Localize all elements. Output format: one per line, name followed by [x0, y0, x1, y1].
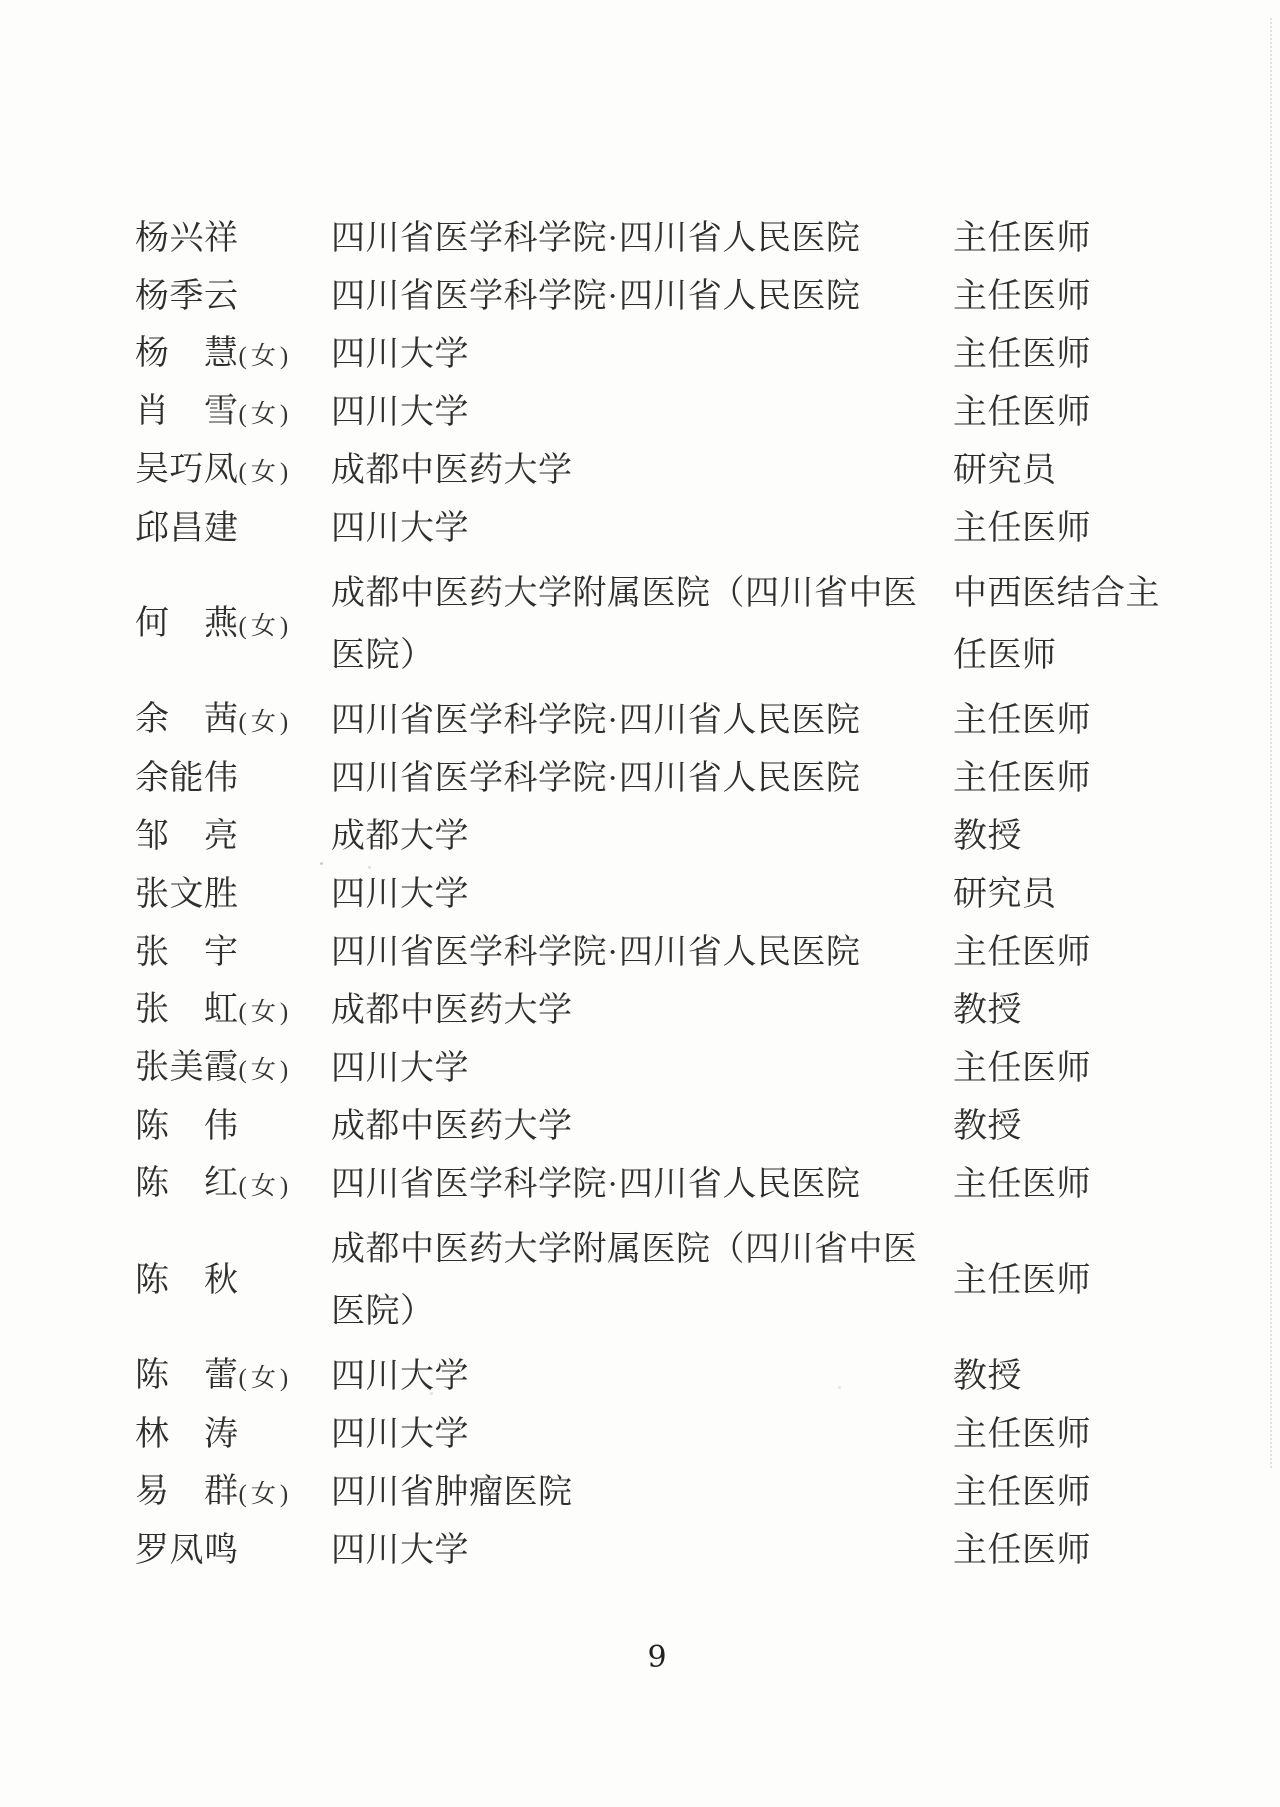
person-name: 杨 慧(女)	[135, 323, 331, 388]
person-title-text: 主任医师	[953, 394, 1091, 431]
person-institution: 四川大学	[331, 1520, 921, 1582]
person-name-text: 陈 伟	[135, 1108, 239, 1145]
scan-artifact-line	[1270, 18, 1272, 1468]
person-title-text: 主任医师	[953, 336, 1091, 373]
person-name: 易 群(女)	[135, 1461, 331, 1526]
female-marker: (女)	[239, 401, 293, 428]
person-name-text: 林 涛	[135, 1416, 239, 1453]
document-page: 杨兴祥 四川省医学科学院·四川省人民医院 主任医师 杨季云 四川省医学科学院·四…	[0, 0, 1280, 1807]
person-institution: 成都中医药大学	[331, 980, 921, 1042]
person-institution-text: 四川省医学科学院·四川省人民医院	[331, 702, 860, 739]
person-name-text: 杨兴祥	[135, 220, 239, 257]
person-title: 主任医师	[953, 1250, 1168, 1312]
person-institution: 四川省医学科学院·四川省人民医院	[331, 266, 921, 328]
person-name: 吴巧凤(女)	[135, 439, 331, 504]
person-title: 主任医师	[953, 498, 1168, 560]
person-name-text: 张 虹	[135, 991, 239, 1028]
person-institution: 四川省医学科学院·四川省人民医院	[331, 748, 921, 810]
person-title: 中西医结合主任医师	[953, 563, 1168, 687]
person-title: 教授	[953, 1346, 1168, 1408]
person-title-text: 研究员	[953, 452, 1057, 489]
person-title-text: 研究员	[953, 876, 1057, 913]
person-title-text: 主任医师	[953, 1474, 1091, 1511]
female-marker: (女)	[239, 459, 293, 486]
page-footer: 9	[0, 1640, 1280, 1675]
person-institution-text: 四川大学	[331, 336, 469, 373]
person-name-text: 张 宇	[135, 934, 239, 971]
person-institution-text: 四川大学	[331, 1416, 469, 1453]
person-title-text: 主任医师	[953, 278, 1091, 315]
person-name-text: 邱昌建	[135, 510, 239, 547]
person-name: 余能伟	[135, 748, 331, 810]
person-name-text: 邹 亮	[135, 818, 239, 855]
person-title: 研究员	[953, 440, 1168, 502]
person-name-text: 杨 慧	[135, 335, 239, 372]
person-title: 主任医师	[953, 1404, 1168, 1466]
person-institution-text: 四川省医学科学院·四川省人民医院	[331, 220, 860, 257]
person-institution-text: 成都中医药大学	[331, 1108, 573, 1145]
person-institution: 四川省医学科学院·四川省人民医院	[331, 690, 921, 752]
person-title-text: 教授	[953, 992, 1022, 1029]
person-title: 主任医师	[953, 324, 1168, 386]
person-title-text: 主任医师	[953, 1416, 1091, 1453]
person-institution: 四川省肿瘤医院	[331, 1462, 921, 1524]
person-title: 主任医师	[953, 690, 1168, 752]
person-institution-text: 四川大学	[331, 1358, 469, 1395]
person-name: 张 虹(女)	[135, 979, 331, 1044]
person-title-text: 主任医师	[953, 510, 1091, 547]
person-name-text: 余能伟	[135, 760, 239, 797]
person-name: 陈 红(女)	[135, 1153, 331, 1218]
person-institution: 四川大学	[331, 324, 921, 386]
person-title-text: 主任医师	[953, 702, 1091, 739]
female-marker: (女)	[239, 1365, 293, 1392]
person-institution-text: 四川大学	[331, 1050, 469, 1087]
person-title-text: 教授	[953, 1108, 1022, 1145]
person-title-text: 主任医师	[953, 1262, 1091, 1299]
table-row: 余能伟 四川省医学科学院·四川省人民医院 主任医师	[135, 750, 1215, 808]
person-institution: 成都中医药大学附属医院（四川省中医医院）	[331, 1219, 921, 1343]
person-institution: 成都中医药大学	[331, 1096, 921, 1158]
person-name: 何 燕(女)	[135, 593, 331, 658]
person-name: 陈 蕾(女)	[135, 1345, 331, 1410]
person-title-text: 教授	[953, 1358, 1022, 1395]
table-row: 陈 秋 成都中医药大学附属医院（四川省中医医院） 主任医师	[135, 1214, 1215, 1348]
page-number: 9	[647, 1640, 666, 1675]
person-name: 肖 雪(女)	[135, 381, 331, 446]
person-title: 教授	[953, 1096, 1168, 1158]
person-institution-text: 四川省医学科学院·四川省人民医院	[331, 278, 860, 315]
person-title-text: 主任医师	[953, 1532, 1091, 1569]
table-row: 陈 蕾(女) 四川大学 教授	[135, 1348, 1215, 1406]
person-institution-text: 成都中医药大学附属医院（四川省中医医院）	[331, 1231, 918, 1330]
person-institution: 四川省医学科学院·四川省人民医院	[331, 1154, 921, 1216]
person-institution-text: 四川大学	[331, 510, 469, 547]
person-institution: 四川大学	[331, 1404, 921, 1466]
female-marker: (女)	[239, 1481, 293, 1508]
female-marker: (女)	[239, 1173, 293, 1200]
person-title-text: 中西医结合主任医师	[953, 575, 1160, 674]
table-row: 余 茜(女) 四川省医学科学院·四川省人民医院 主任医师	[135, 692, 1215, 750]
table-row: 张 虹(女) 成都中医药大学 教授	[135, 982, 1215, 1040]
person-title: 研究员	[953, 864, 1168, 926]
person-institution: 四川大学	[331, 382, 921, 444]
table-row: 林 涛 四川大学 主任医师	[135, 1406, 1215, 1464]
person-institution-text: 四川省医学科学院·四川省人民医院	[331, 934, 860, 971]
person-title: 教授	[953, 980, 1168, 1042]
person-institution: 四川大学	[331, 1038, 921, 1100]
table-row: 张文胜 四川大学 研究员	[135, 866, 1215, 924]
person-name-text: 何 燕	[135, 605, 239, 642]
person-name: 余 茜(女)	[135, 689, 331, 754]
person-institution-text: 四川省医学科学院·四川省人民医院	[331, 760, 860, 797]
person-title-text: 主任医师	[953, 760, 1091, 797]
person-title: 主任医师	[953, 208, 1168, 270]
table-row: 何 燕(女) 成都中医药大学附属医院（四川省中医医院） 中西医结合主任医师	[135, 558, 1215, 692]
person-institution-text: 四川大学	[331, 394, 469, 431]
person-title-text: 主任医师	[953, 1166, 1091, 1203]
person-name: 邱昌建	[135, 498, 331, 560]
person-institution-text: 四川省肿瘤医院	[331, 1474, 573, 1511]
person-name-text: 陈 红	[135, 1165, 239, 1202]
person-name: 陈 伟	[135, 1096, 331, 1158]
person-institution: 四川大学	[331, 498, 921, 560]
person-title: 主任医师	[953, 1154, 1168, 1216]
person-name: 张 宇	[135, 922, 331, 984]
person-title: 主任医师	[953, 266, 1168, 328]
female-marker: (女)	[239, 613, 293, 640]
female-marker: (女)	[239, 343, 293, 370]
person-name: 罗凤鸣	[135, 1520, 331, 1582]
person-institution: 成都中医药大学附属医院（四川省中医医院）	[331, 563, 921, 687]
person-title-text: 主任医师	[953, 1050, 1091, 1087]
person-name: 陈 秋	[135, 1250, 331, 1312]
person-institution-text: 四川大学	[331, 1532, 469, 1569]
table-row: 张 宇 四川省医学科学院·四川省人民医院 主任医师	[135, 924, 1215, 982]
table-row: 邹 亮 成都大学 教授	[135, 808, 1215, 866]
person-name-text: 易 群	[135, 1473, 239, 1510]
person-title: 主任医师	[953, 1520, 1168, 1582]
table-row: 陈 伟 成都中医药大学 教授	[135, 1098, 1215, 1156]
table-row: 杨季云 四川省医学科学院·四川省人民医院 主任医师	[135, 268, 1215, 326]
table-row: 张美霞(女) 四川大学 主任医师	[135, 1040, 1215, 1098]
person-institution: 成都中医药大学	[331, 440, 921, 502]
female-marker: (女)	[239, 999, 293, 1026]
person-name-text: 罗凤鸣	[135, 1532, 239, 1569]
person-institution: 四川省医学科学院·四川省人民医院	[331, 208, 921, 270]
table-row: 杨 慧(女) 四川大学 主任医师	[135, 326, 1215, 384]
person-name: 张美霞(女)	[135, 1037, 331, 1102]
person-institution: 四川省医学科学院·四川省人民医院	[331, 922, 921, 984]
person-name: 林 涛	[135, 1404, 331, 1466]
table-row: 陈 红(女) 四川省医学科学院·四川省人民医院 主任医师	[135, 1156, 1215, 1214]
person-name: 杨季云	[135, 266, 331, 328]
table-row: 罗凤鸣 四川大学 主任医师	[135, 1522, 1215, 1580]
person-title-text: 教授	[953, 818, 1022, 855]
person-institution-text: 成都中医药大学	[331, 992, 573, 1029]
person-name-text: 陈 秋	[135, 1262, 239, 1299]
person-name-text: 陈 蕾	[135, 1357, 239, 1394]
person-name: 邹 亮	[135, 806, 331, 868]
person-institution-text: 四川省医学科学院·四川省人民医院	[331, 1166, 860, 1203]
person-name-text: 张美霞	[135, 1049, 239, 1086]
person-title: 主任医师	[953, 1038, 1168, 1100]
person-name-text: 吴巧凤	[135, 451, 239, 488]
person-title-text: 主任医师	[953, 934, 1091, 971]
person-institution-text: 成都中医药大学附属医院（四川省中医医院）	[331, 575, 918, 674]
person-name-text: 肖 雪	[135, 393, 239, 430]
roster-table: 杨兴祥 四川省医学科学院·四川省人民医院 主任医师 杨季云 四川省医学科学院·四…	[135, 210, 1215, 1580]
person-institution: 四川大学	[331, 1346, 921, 1408]
person-name-text: 杨季云	[135, 278, 239, 315]
person-name-text: 余 茜	[135, 701, 239, 738]
person-institution-text: 成都大学	[331, 818, 469, 855]
person-title: 主任医师	[953, 922, 1168, 984]
person-title: 教授	[953, 806, 1168, 868]
person-title: 主任医师	[953, 382, 1168, 444]
person-name: 张文胜	[135, 864, 331, 926]
female-marker: (女)	[239, 1057, 293, 1084]
person-title: 主任医师	[953, 1462, 1168, 1524]
table-row: 邱昌建 四川大学 主任医师	[135, 500, 1215, 558]
person-name: 杨兴祥	[135, 208, 331, 270]
person-title: 主任医师	[953, 748, 1168, 810]
person-institution-text: 四川大学	[331, 876, 469, 913]
table-row: 吴巧凤(女) 成都中医药大学 研究员	[135, 442, 1215, 500]
person-institution: 四川大学	[331, 864, 921, 926]
person-name-text: 张文胜	[135, 876, 239, 913]
table-row: 易 群(女) 四川省肿瘤医院 主任医师	[135, 1464, 1215, 1522]
female-marker: (女)	[239, 709, 293, 736]
table-row: 杨兴祥 四川省医学科学院·四川省人民医院 主任医师	[135, 210, 1215, 268]
person-institution: 成都大学	[331, 806, 921, 868]
person-title-text: 主任医师	[953, 220, 1091, 257]
table-row: 肖 雪(女) 四川大学 主任医师	[135, 384, 1215, 442]
person-institution-text: 成都中医药大学	[331, 452, 573, 489]
